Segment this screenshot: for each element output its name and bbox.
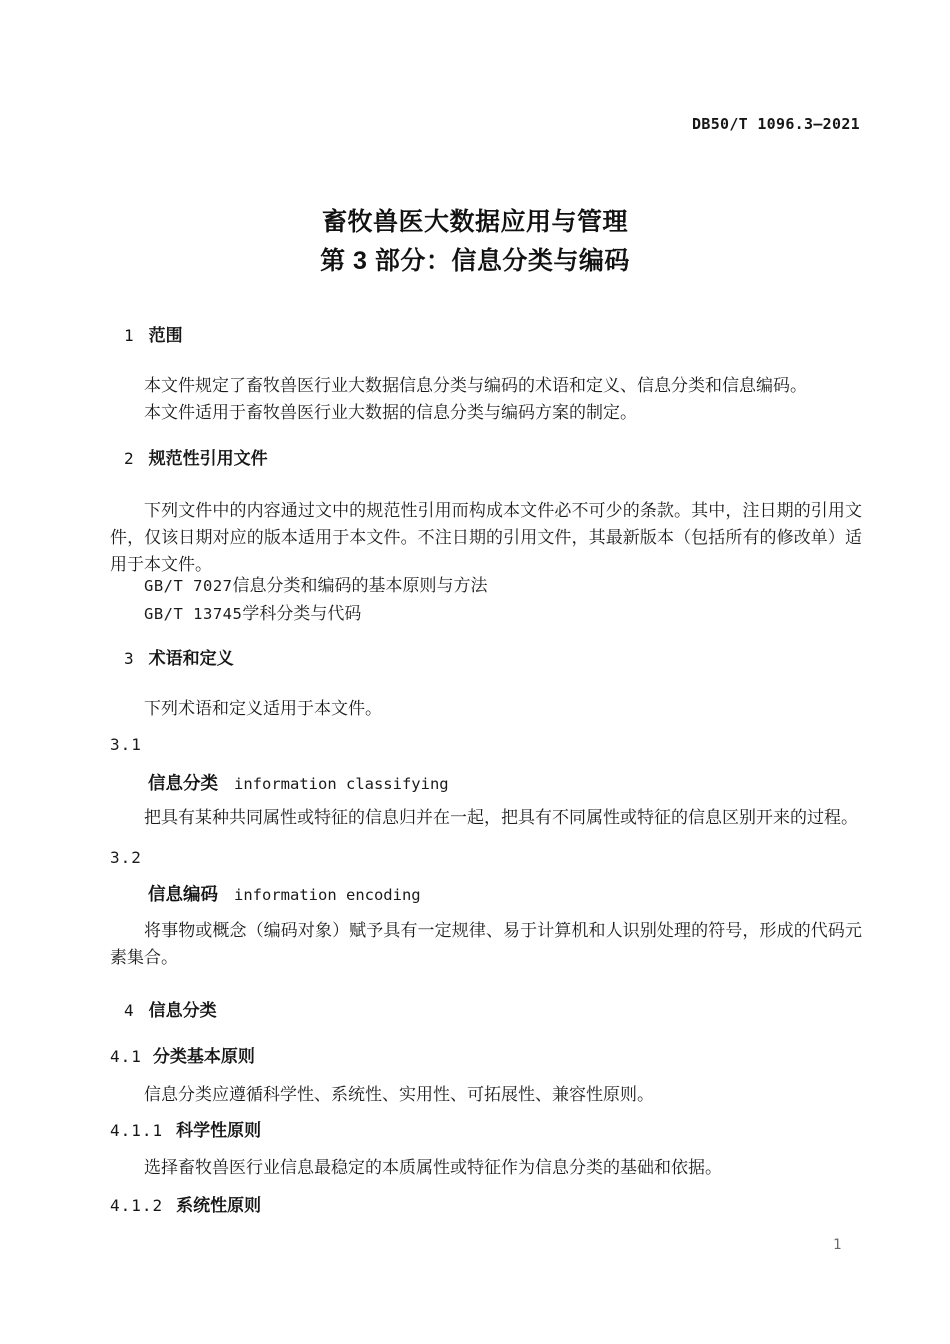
heading-4-1-1: 4.1.1科学性原则	[110, 1122, 261, 1141]
standard-code: DB50/T 1096.3—2021	[692, 117, 860, 132]
normative-refs-paragraph: 下列文件中的内容通过文中的规范性引用而构成本文件必不可少的条款。其中，注日期的引…	[110, 497, 862, 578]
heading-classification-number: 4	[124, 1001, 135, 1020]
reference-title: 信息分类和编码的基本原则与方法	[233, 576, 488, 595]
document-title-line1: 畜牧兽医大数据应用与管理	[0, 203, 950, 242]
term-definition-3-2: 将事物或概念（编码对象）赋予具有一定规律、易于计算机和人识别处理的符号，形成的代…	[110, 917, 862, 971]
heading-4-1-label: 分类基本原则	[153, 1047, 255, 1066]
heading-terms-number: 3	[124, 649, 135, 668]
term-zh: 信息编码	[148, 884, 218, 904]
heading-scope: 1范围	[110, 327, 183, 346]
heading-terms: 3术语和定义	[110, 650, 234, 669]
heading-scope-number: 1	[124, 326, 135, 345]
heading-4-1-number: 4.1	[110, 1047, 142, 1066]
term-zh: 信息分类	[148, 773, 218, 793]
heading-normative-refs: 2规范性引用文件	[110, 450, 268, 469]
heading-4-1-2-label: 系统性原则	[176, 1196, 261, 1215]
term-entry-3-1: 信息分类information classifying	[148, 773, 449, 794]
heading-normative-refs-label: 规范性引用文件	[149, 449, 268, 468]
term-en: information classifying	[234, 775, 449, 793]
normative-refs-list: GB/T 7027信息分类和编码的基本原则与方法 GB/T 13745学科分类与…	[110, 572, 862, 628]
paragraph-4-1: 信息分类应遵循科学性、系统性、实用性、可拓展性、兼容性原则。	[110, 1081, 862, 1108]
heading-4-1-2-number: 4.1.2	[110, 1196, 163, 1215]
heading-classification: 4信息分类	[110, 1002, 217, 1021]
clause-number-3-1: 3.1	[110, 737, 142, 753]
reference-code: GB/T 7027	[144, 577, 233, 595]
reference-code: GB/T 13745	[144, 605, 242, 623]
clause-number-3-2: 3.2	[110, 850, 142, 866]
heading-classification-label: 信息分类	[149, 1001, 217, 1020]
heading-4-1: 4.1分类基本原则	[110, 1048, 255, 1067]
document-page: DB50/T 1096.3—2021 畜牧兽医大数据应用与管理 第 3 部分：信…	[0, 0, 950, 1344]
scope-paragraph-2: 本文件适用于畜牧兽医行业大数据的信息分类与编码方案的制定。	[110, 399, 862, 426]
term-entry-3-2: 信息编码information encoding	[148, 884, 421, 905]
paragraph-4-1-1: 选择畜牧兽医行业信息最稳定的本质属性或特征作为信息分类的基础和依据。	[110, 1154, 862, 1181]
heading-4-1-2: 4.1.2系统性原则	[110, 1197, 261, 1216]
heading-4-1-1-number: 4.1.1	[110, 1121, 163, 1140]
reference-title: 学科分类与代码	[242, 604, 361, 623]
document-title-line2: 第 3 部分：信息分类与编码	[0, 242, 950, 281]
heading-4-1-1-label: 科学性原则	[176, 1121, 261, 1140]
document-title: 畜牧兽医大数据应用与管理 第 3 部分：信息分类与编码	[0, 203, 950, 281]
heading-scope-label: 范围	[149, 326, 183, 345]
term-definition-3-1: 把具有某种共同属性或特征的信息归并在一起，把具有不同属性或特征的信息区别开来的过…	[110, 804, 862, 831]
terms-intro: 下列术语和定义适用于本文件。	[110, 695, 862, 722]
scope-paragraph-1: 本文件规定了畜牧兽医行业大数据信息分类与编码的术语和定义、信息分类和信息编码。	[110, 372, 862, 399]
heading-normative-refs-number: 2	[124, 449, 135, 468]
term-en: information encoding	[234, 886, 421, 904]
page-number: 1	[833, 1238, 841, 1252]
reference-item: GB/T 7027信息分类和编码的基本原则与方法	[110, 572, 862, 600]
heading-terms-label: 术语和定义	[149, 649, 234, 668]
scope-paragraphs: 本文件规定了畜牧兽医行业大数据信息分类与编码的术语和定义、信息分类和信息编码。 …	[110, 372, 862, 426]
reference-item: GB/T 13745学科分类与代码	[110, 600, 862, 628]
